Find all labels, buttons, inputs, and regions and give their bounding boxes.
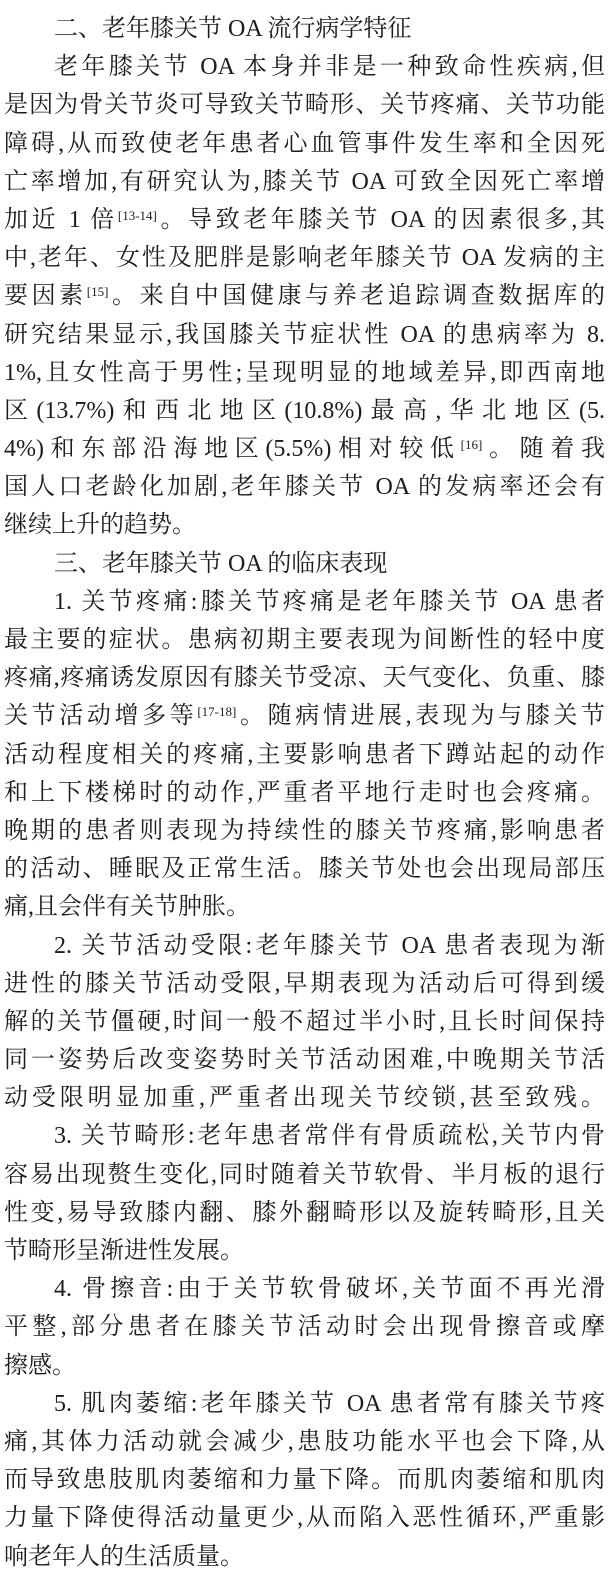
text-line: 平整,部分患者在膝关节活动时会出现骨擦音或摩 bbox=[4, 1308, 605, 1346]
text-segment: 容易出现赘生变化,同时随着关节软骨、半月板的退行 bbox=[4, 1162, 605, 1188]
text-line: 要因素[15]。来自中国健康与养老追踪调查数据库的 bbox=[4, 277, 605, 315]
text-line: 痛,且会伴有关节肿胀。 bbox=[4, 888, 605, 926]
text-segment: 晚期的患者则表现为持续性的膝关节疼痛,影响患者 bbox=[4, 818, 605, 844]
text-line: 区(13.7%)和西北地区(10.8%)最高,华北地区(5. bbox=[4, 392, 605, 430]
article-text-column: 二、老年膝关节 OA 流行病学特征老年膝关节 OA 本身并非是一种致命性疾病,但… bbox=[4, 10, 605, 1576]
text-line: 国人口老龄化加剧,老年膝关节 OA 的发病率还会有 bbox=[4, 468, 605, 506]
text-segment: 要因素 bbox=[4, 283, 87, 309]
text-line: 1. 关节疼痛:膝关节疼痛是老年膝关节 OA 患者 bbox=[4, 583, 605, 621]
text-line: 最主要的症状。患病初期主要表现为间断性的轻中度 bbox=[4, 621, 605, 659]
text-line: 而导致患肢肌肉萎缩和力量下降。而肌肉萎缩和肌肉 bbox=[4, 1461, 605, 1499]
text-line: 是因为骨关节炎可导致关节畸形、关节疼痛、关节功能 bbox=[4, 86, 605, 124]
text-segment: 痛,且会伴有关节肿胀。 bbox=[4, 894, 250, 920]
text-segment: 区(13.7%)和西北地区(10.8%)最高,华北地区(5. bbox=[4, 398, 605, 424]
text-segment: 疼痛,疼痛诱发原因有膝关节受凉、天气变化、负重、膝 bbox=[4, 665, 605, 691]
text-line: 关节活动增多等[17-18]。随病情进展,表现为与膝关节 bbox=[4, 697, 605, 735]
text-segment: 4%)和东部沿海地区(5.5%)相对较低 bbox=[4, 436, 461, 462]
text-line: 晚期的患者则表现为持续性的膝关节疼痛,影响患者 bbox=[4, 812, 605, 850]
text-line: 节畸形呈渐进性发展。 bbox=[4, 1232, 605, 1270]
text-line: 障碍,从而致使老年患者心血管事件发生率和全因死 bbox=[4, 125, 605, 163]
text-segment: 二、老年膝关节 OA 流行病学特征 bbox=[54, 16, 411, 42]
text-segment: 而导致患肢肌肉萎缩和力量下降。而肌肉萎缩和肌肉 bbox=[4, 1467, 605, 1493]
text-segment: 痛,其体力活动就会减少,患肢功能水平也会下降,从 bbox=[4, 1429, 605, 1455]
text-segment: 。导致老年膝关节 OA 的因素很多,其 bbox=[157, 207, 605, 233]
text-segment: 解的关节僵硬,时间一般不超过半小时,且长时间保持 bbox=[4, 1009, 605, 1035]
text-segment: 擦感。 bbox=[4, 1353, 76, 1379]
text-line: 疼痛,疼痛诱发原因有膝关节受凉、天气变化、负重、膝 bbox=[4, 659, 605, 697]
text-segment: 同一姿势后改变姿势时关节活动困难,中晚期关节活 bbox=[4, 1047, 605, 1073]
text-segment: 继续上升的趋势。 bbox=[4, 512, 196, 538]
text-segment: 4. 骨擦音:由于关节软骨破坏,关节面不再光滑 bbox=[54, 1276, 605, 1302]
text-line: 老年膝关节 OA 本身并非是一种致命性疾病,但 bbox=[4, 48, 605, 86]
citation-superscript: [15] bbox=[87, 284, 109, 299]
text-segment: 。随着我 bbox=[482, 436, 605, 462]
text-line: 活动程度相关的疼痛,主要影响患者下蹲站起的动作 bbox=[4, 736, 605, 774]
section-heading-line: 二、老年膝关节 OA 流行病学特征 bbox=[4, 10, 605, 48]
text-line: 5. 肌肉萎缩:老年膝关节 OA 患者常有膝关节疼 bbox=[4, 1385, 605, 1423]
text-line: 和上下楼梯时的动作,严重者平地行走时也会疼痛。 bbox=[4, 774, 605, 812]
text-segment: 中,老年、女性及肥胖是影响老年膝关节 OA 发病的主 bbox=[4, 245, 605, 271]
text-segment: 进性的膝关节活动受限,早期表现为活动后可得到缓 bbox=[4, 971, 605, 997]
citation-superscript: [17-18] bbox=[197, 704, 236, 719]
text-segment: 研究结果显示,我国膝关节症状性 OA 的患病率为 8. bbox=[4, 322, 605, 348]
text-segment: 动受限明显加重,严重者出现关节绞锁,甚至致残。 bbox=[4, 1085, 605, 1111]
text-segment: 老年膝关节 OA 本身并非是一种致命性疾病,但 bbox=[54, 54, 605, 80]
text-segment: 响老年人的生活质量。 bbox=[4, 1544, 244, 1570]
text-segment: 性变,易导致膝内翻、膝外翻畸形以及旋转畸形,且关 bbox=[4, 1200, 605, 1226]
text-line: 擦感。 bbox=[4, 1347, 605, 1385]
text-line: 的活动、睡眠及正常生活。膝关节处也会出现局部压 bbox=[4, 850, 605, 888]
text-line: 响老年人的生活质量。 bbox=[4, 1538, 605, 1576]
text-segment: 障碍,从而致使老年患者心血管事件发生率和全因死 bbox=[4, 131, 605, 157]
text-line: 继续上升的趋势。 bbox=[4, 506, 605, 544]
text-segment: 3. 关节畸形:老年患者常伴有骨质疏松,关节内骨 bbox=[54, 1123, 605, 1149]
text-line: 4%)和东部沿海地区(5.5%)相对较低[16]。随着我 bbox=[4, 430, 605, 468]
text-segment: 。随病情进展,表现为与膝关节 bbox=[236, 703, 605, 729]
text-segment: 2. 关节活动受限:老年膝关节 OA 患者表现为渐 bbox=[54, 933, 605, 959]
text-segment: 加近 1 倍 bbox=[4, 207, 118, 233]
text-line: 进性的膝关节活动受限,早期表现为活动后可得到缓 bbox=[4, 965, 605, 1003]
text-line: 解的关节僵硬,时间一般不超过半小时,且长时间保持 bbox=[4, 1003, 605, 1041]
text-line: 性变,易导致膝内翻、膝外翻畸形以及旋转畸形,且关 bbox=[4, 1194, 605, 1232]
text-line: 亡率增加,有研究认为,膝关节 OA 可致全因死亡率增 bbox=[4, 163, 605, 201]
text-line: 力量下降使得活动量更少,从而陷入恶性循环,严重影 bbox=[4, 1499, 605, 1537]
text-line: 容易出现赘生变化,同时随着关节软骨、半月板的退行 bbox=[4, 1156, 605, 1194]
text-segment: 关节活动增多等 bbox=[4, 703, 197, 729]
text-segment: 最主要的症状。患病初期主要表现为间断性的轻中度 bbox=[4, 627, 605, 653]
text-segment: 是因为骨关节炎可导致关节畸形、关节疼痛、关节功能 bbox=[4, 92, 605, 118]
text-line: 痛,其体力活动就会减少,患肢功能水平也会下降,从 bbox=[4, 1423, 605, 1461]
citation-superscript: [13-14] bbox=[118, 208, 157, 223]
text-line: 同一姿势后改变姿势时关节活动困难,中晚期关节活 bbox=[4, 1041, 605, 1079]
text-line: 3. 关节畸形:老年患者常伴有骨质疏松,关节内骨 bbox=[4, 1117, 605, 1155]
text-segment: 。来自中国健康与养老追踪调查数据库的 bbox=[108, 283, 605, 309]
text-segment: 1. 关节疼痛:膝关节疼痛是老年膝关节 OA 患者 bbox=[54, 589, 605, 615]
document-page: 二、老年膝关节 OA 流行病学特征老年膝关节 OA 本身并非是一种致命性疾病,但… bbox=[0, 0, 609, 1583]
text-line: 研究结果显示,我国膝关节症状性 OA 的患病率为 8. bbox=[4, 316, 605, 354]
text-segment: 活动程度相关的疼痛,主要影响患者下蹲站起的动作 bbox=[4, 742, 605, 768]
text-line: 2. 关节活动受限:老年膝关节 OA 患者表现为渐 bbox=[4, 927, 605, 965]
citation-superscript: [16] bbox=[461, 437, 483, 452]
text-line: 加近 1 倍[13-14]。导致老年膝关节 OA 的因素很多,其 bbox=[4, 201, 605, 239]
text-line: 中,老年、女性及肥胖是影响老年膝关节 OA 发病的主 bbox=[4, 239, 605, 277]
text-segment: 平整,部分患者在膝关节活动时会出现骨擦音或摩 bbox=[4, 1314, 605, 1340]
text-segment: 节畸形呈渐进性发展。 bbox=[4, 1238, 244, 1264]
text-segment: 国人口老龄化加剧,老年膝关节 OA 的发病率还会有 bbox=[4, 474, 605, 500]
text-line: 动受限明显加重,严重者出现关节绞锁,甚至致残。 bbox=[4, 1079, 605, 1117]
section-heading-line: 三、老年膝关节 OA 的临床表现 bbox=[4, 545, 605, 583]
text-segment: 的活动、睡眠及正常生活。膝关节处也会出现局部压 bbox=[4, 856, 605, 882]
text-segment: 1%,且女性高于男性;呈现明显的地域差异,即西南地 bbox=[4, 360, 605, 386]
text-line: 4. 骨擦音:由于关节软骨破坏,关节面不再光滑 bbox=[4, 1270, 605, 1308]
text-segment: 亡率增加,有研究认为,膝关节 OA 可致全因死亡率增 bbox=[4, 169, 605, 195]
text-line: 1%,且女性高于男性;呈现明显的地域差异,即西南地 bbox=[4, 354, 605, 392]
text-segment: 5. 肌肉萎缩:老年膝关节 OA 患者常有膝关节疼 bbox=[54, 1391, 605, 1417]
text-segment: 和上下楼梯时的动作,严重者平地行走时也会疼痛。 bbox=[4, 780, 605, 806]
text-segment: 三、老年膝关节 OA 的临床表现 bbox=[54, 551, 387, 577]
text-segment: 力量下降使得活动量更少,从而陷入恶性循环,严重影 bbox=[4, 1505, 605, 1531]
